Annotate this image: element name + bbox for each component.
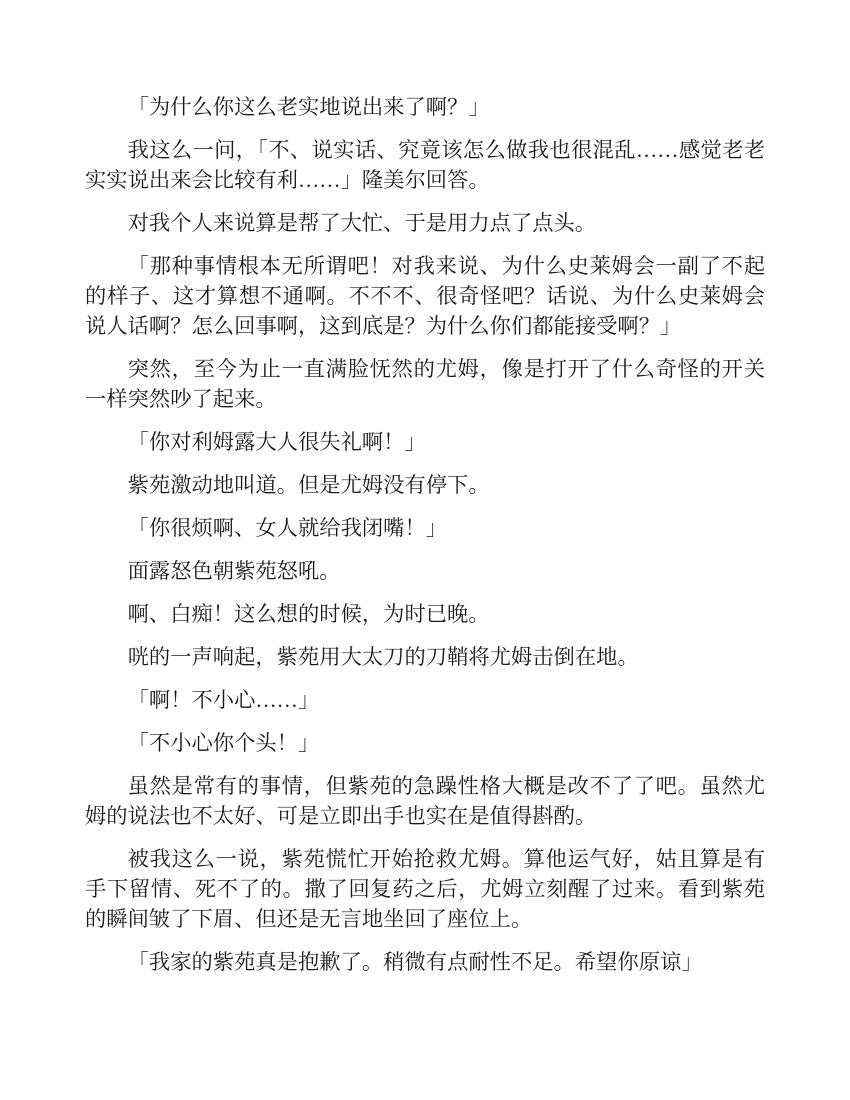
paragraph: 「为什么你这么老实地说出来了啊？」 xyxy=(85,92,765,122)
paragraph: 「我家的紫苑真是抱歉了。稍微有点耐性不足。希望你原谅」 xyxy=(85,947,765,977)
paragraph: 「不小心你个头！」 xyxy=(85,728,765,758)
paragraph: 紫苑激动地叫道。但是尤姆没有停下。 xyxy=(85,470,765,500)
paragraph: 啊、白痴！这么想的时候，为时已晚。 xyxy=(85,599,765,629)
paragraph: 对我个人来说算是帮了大忙、于是用力点了点头。 xyxy=(85,208,765,238)
paragraph: 「你很烦啊、女人就给我闭嘴！」 xyxy=(85,513,765,543)
document-page: 「为什么你这么老实地说出来了啊？」我这么一问，「不、说实话、究竟该怎么做我也很混… xyxy=(0,0,850,1100)
paragraph: 突然，至今为止一直满脸怃然的尤姆，像是打开了什么奇怪的开关一样突然吵了起来。 xyxy=(85,354,765,414)
paragraph: 我这么一问，「不、说实话、究竟该怎么做我也很混乱……感觉老老实实说出来会比较有利… xyxy=(85,135,765,195)
text-body: 「为什么你这么老实地说出来了啊？」我这么一问，「不、说实话、究竟该怎么做我也很混… xyxy=(85,92,765,977)
paragraph: 「啊！不小心……」 xyxy=(85,685,765,715)
paragraph: 咣的一声响起，紫苑用大太刀的刀鞘将尤姆击倒在地。 xyxy=(85,642,765,672)
paragraph: 面露怒色朝紫苑怒吼。 xyxy=(85,556,765,586)
paragraph: 被我这么一说，紫苑慌忙开始抢救尤姆。算他运气好，姑且算是有手下留情、死不了的。撒… xyxy=(85,844,765,934)
paragraph: 虽然是常有的事情，但紫苑的急躁性格大概是改不了了吧。虽然尤姆的说法也不太好、可是… xyxy=(85,771,765,831)
paragraph: 「你对利姆露大人很失礼啊！」 xyxy=(85,427,765,457)
paragraph: 「那种事情根本无所谓吧！对我来说、为什么史莱姆会一副了不起的样子、这才算想不通啊… xyxy=(85,251,765,341)
